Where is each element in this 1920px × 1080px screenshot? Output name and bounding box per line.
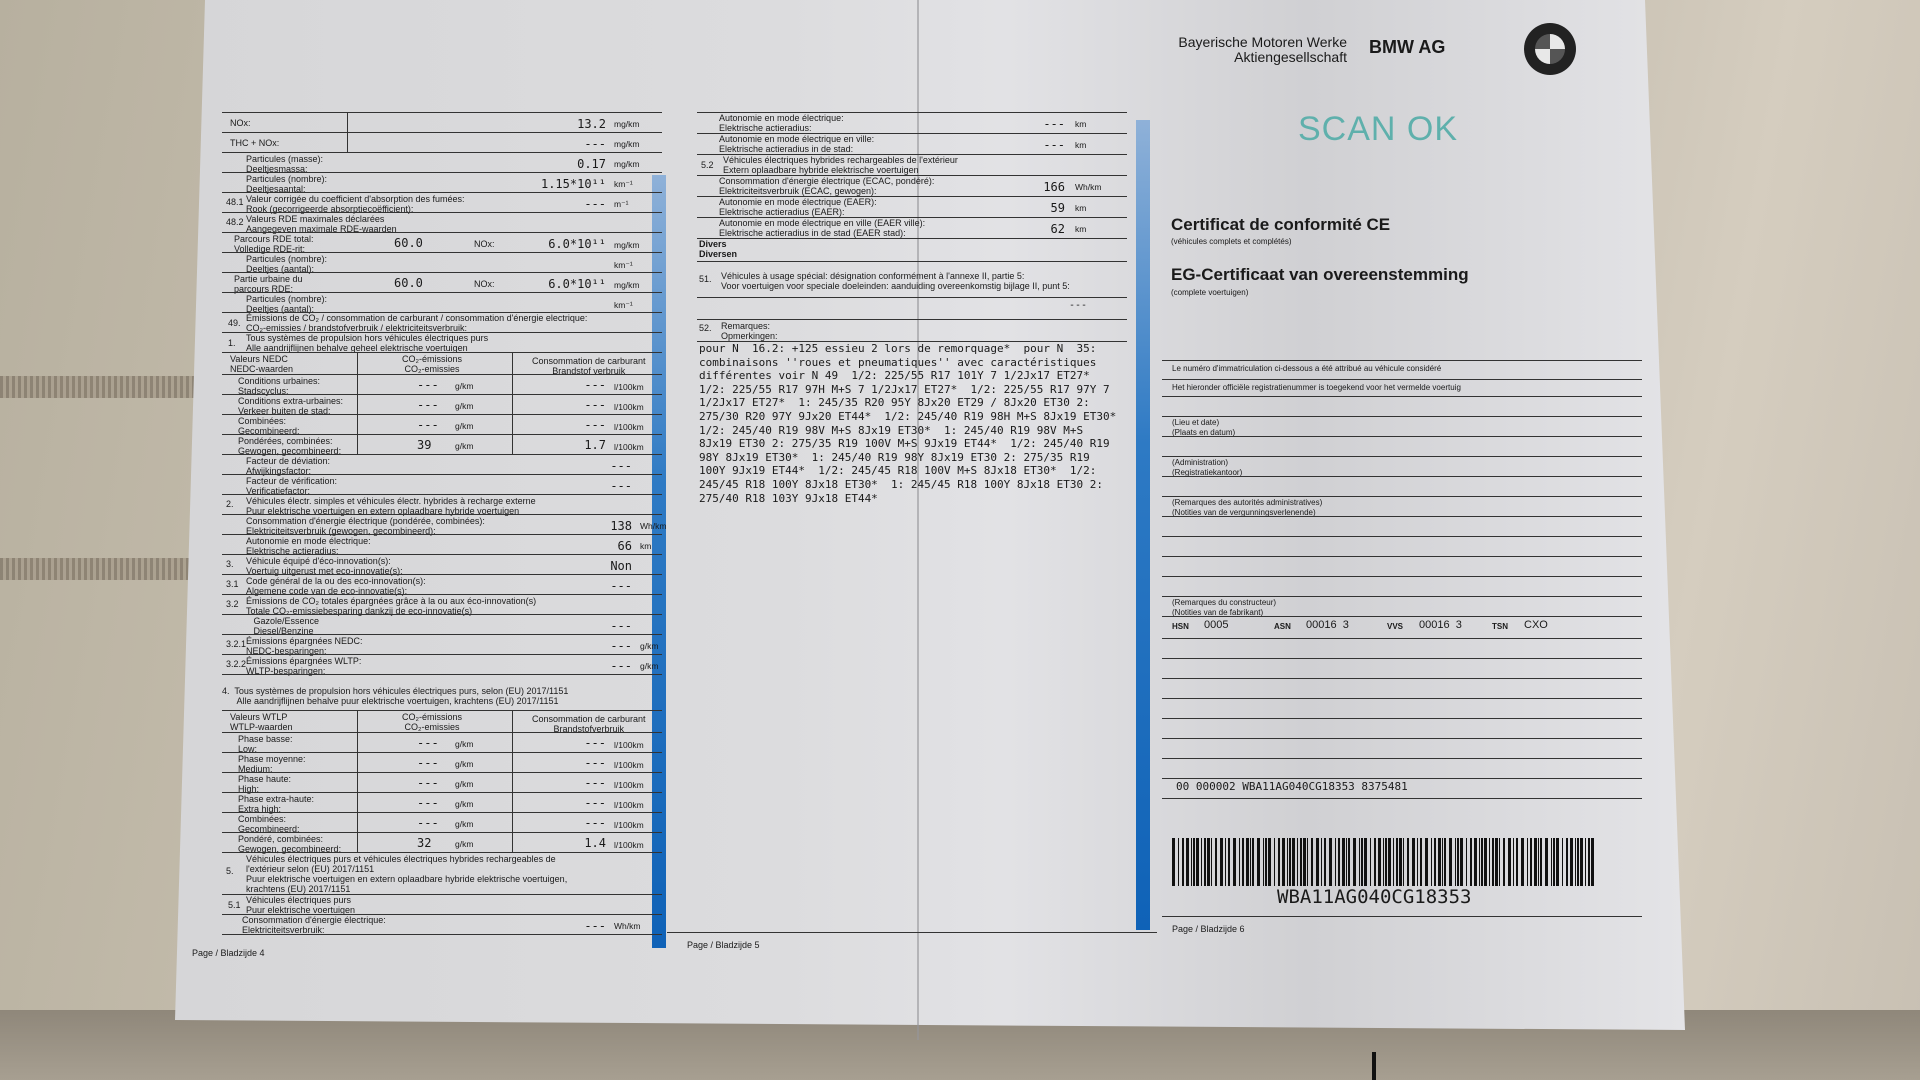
table-row-label: Combinées: Gecombineerd:	[238, 416, 300, 436]
field-label: Consommation d'énergie électrique: Elekt…	[242, 915, 386, 935]
field-label: Autonomie en mode électrique en ville (E…	[719, 218, 925, 238]
co2-value: ---	[417, 736, 439, 750]
field-value: ---	[610, 619, 632, 633]
rule-line	[1162, 758, 1642, 759]
field-label: THC + NOx:	[230, 138, 279, 148]
field-value: ---	[1069, 300, 1087, 311]
field-label: Code général de la ou des eco-innovation…	[246, 576, 426, 596]
scan-ok-stamp: SCAN OK	[1298, 110, 1458, 149]
table-row-label: Conditions urbaines: Stadscyclus:	[238, 376, 320, 396]
barcode-value: WBA11AG040CG18353	[1277, 886, 1471, 908]
field-unit: km	[1075, 224, 1086, 234]
rule-line	[222, 152, 662, 153]
rule-line	[222, 252, 662, 253]
fuel-value: ---	[584, 756, 606, 770]
form-field-label: (Administration) (Registratiekantoor)	[1172, 458, 1242, 478]
table-row-label: Pondéré, combinées: Gewogen, gecombineer…	[238, 834, 341, 854]
fuel-value: ---	[584, 398, 606, 412]
subtitle-fr: (véhicules complets et complétés)	[1171, 237, 1292, 246]
fuel-value: 1.7	[584, 438, 606, 452]
field-unit: km⁻¹	[614, 260, 633, 271]
code-label: TSN	[1492, 622, 1508, 632]
field-unit: Wh/km	[640, 521, 666, 531]
rule-line	[222, 292, 662, 293]
rule-line	[1162, 360, 1642, 361]
nox-label: NOx:	[474, 279, 495, 289]
rule-line	[222, 852, 662, 853]
field-value: ---	[610, 659, 632, 673]
table-row-label: Phase extra-haute: Extra high:	[238, 794, 314, 814]
field-label: Émissions de CO₂ totales épargnées grâce…	[246, 596, 536, 616]
field-label: Autonomie en mode électrique en ville: E…	[719, 134, 874, 154]
section-number: 48.1	[226, 197, 244, 207]
rule-line	[222, 752, 662, 753]
code-value: 00016 3	[1306, 620, 1349, 630]
rule-line	[222, 812, 662, 813]
field-label: Autonomie en mode électrique (EAER): Ele…	[719, 197, 877, 217]
field-label: Autonomie en mode électrique: Elektrisch…	[246, 536, 371, 556]
field-label: Particules (nombre): Deeltjes (aantal):	[246, 294, 327, 314]
page-footer: Page / Bladzijde 6	[1172, 924, 1245, 934]
section-label: 4. Tous systèmes de propulsion hors véhi…	[222, 686, 568, 706]
fuel-unit: l/100km	[614, 442, 644, 452]
remarks-text: pour N 16.2: +125 essieu 2 lors de remor…	[699, 342, 1119, 505]
co2-value: ---	[417, 756, 439, 770]
rule-line	[1162, 496, 1642, 497]
section-number: 5.2	[701, 160, 714, 170]
field-value: 166	[1043, 180, 1065, 194]
field-unit: Wh/km	[1075, 182, 1101, 192]
cable	[1372, 1052, 1376, 1080]
field-value: ---	[610, 479, 632, 493]
rule-line	[1162, 916, 1642, 917]
field-value: ---	[584, 197, 606, 211]
rule-line	[697, 297, 1127, 298]
section-number: 3.1	[226, 579, 239, 589]
column-divider	[347, 132, 348, 152]
code-value: 0005	[1204, 620, 1228, 630]
co2-unit: g/km	[455, 401, 473, 411]
rule-line	[222, 732, 662, 733]
rule-line	[1162, 456, 1642, 457]
rule-line	[1162, 416, 1642, 417]
rule-line	[1162, 476, 1642, 477]
field-value: ---	[610, 579, 632, 593]
fuel-unit: l/100km	[614, 800, 644, 810]
fuel-unit: l/100km	[614, 760, 644, 770]
section-number: 49.	[228, 318, 241, 328]
rule-line	[1162, 798, 1642, 799]
table-row-label: Phase moyenne: Medium:	[238, 754, 306, 774]
code-line: 00 000002 WBA11AG040CG18353 8375481	[1176, 782, 1408, 792]
co2-unit: g/km	[455, 819, 473, 829]
co2-unit: g/km	[455, 421, 473, 431]
rule-line	[1162, 596, 1642, 597]
rule-line	[222, 574, 662, 575]
field-label: Partie urbaine du parcours RDE:	[234, 274, 303, 294]
field-unit: mg/km	[614, 119, 640, 129]
column-divider	[512, 352, 513, 454]
section-number: 2.	[226, 499, 234, 509]
rule-line	[222, 132, 662, 133]
field-label: Véhicules électr. simples et véhicules é…	[246, 496, 536, 516]
field-value: 66	[618, 539, 632, 553]
rule-line	[697, 319, 1127, 320]
field-value: 13.2	[577, 117, 606, 131]
co2-unit: g/km	[455, 759, 473, 769]
column-divider	[357, 352, 358, 454]
subtitle-nl: (complete voertuigen)	[1171, 288, 1248, 297]
rule-line	[222, 594, 662, 595]
fuel-value: 1.4	[584, 836, 606, 850]
rule-line	[222, 634, 662, 635]
seat-stripe	[0, 376, 215, 398]
rule-line	[222, 534, 662, 535]
field-label: NOx:	[230, 118, 251, 128]
company-name: Bayerische Motoren Werke Aktiengesellsch…	[1162, 35, 1347, 65]
field-unit: km	[640, 541, 651, 551]
table-header: Valeurs NEDC NEDC-waarden	[230, 354, 293, 374]
title-nl: EG-Certificaat van overeenstemming	[1171, 265, 1469, 285]
table-row-label: Combinées: Gecombineerd:	[238, 814, 300, 834]
co2-value: 39	[417, 438, 431, 452]
field-value: 59	[1051, 201, 1065, 215]
rule-line	[222, 394, 662, 395]
co2-value: ---	[417, 418, 439, 432]
section-number: 3.2.2	[226, 659, 246, 669]
column-divider	[512, 710, 513, 852]
rule-line	[222, 272, 662, 273]
field-label: Véhicules électriques hybrides rechargea…	[723, 155, 958, 175]
table-header: CO₂-émissions CO₂-emissies	[402, 712, 462, 732]
field-value: 0.17	[577, 157, 606, 171]
fuel-unit: l/100km	[614, 780, 644, 790]
registration-note-nl: Het hieronder officiële registratienumme…	[1172, 383, 1461, 393]
fuel-value: ---	[584, 736, 606, 750]
rule-line	[1162, 738, 1642, 739]
field-unit: g/km	[640, 661, 658, 671]
rule-line	[697, 238, 1127, 239]
field-value: ---	[1043, 138, 1065, 152]
rule-line	[222, 172, 662, 173]
field-value: 62	[1051, 222, 1065, 236]
field-label: Facteur de vérification: Verificatiefact…	[246, 476, 337, 496]
rule-line	[222, 454, 662, 455]
code-label: ASN	[1274, 622, 1291, 632]
table-header: Valeurs WTLP WTLP-waarden	[230, 712, 293, 732]
rule-line	[697, 261, 1127, 262]
table-row-label: Phase haute: High:	[238, 774, 291, 794]
field-value: ---	[584, 137, 606, 151]
rule-line	[222, 414, 662, 415]
rule-line	[1162, 698, 1642, 699]
section-number: 3.2.1	[226, 639, 246, 649]
rule-line	[222, 474, 662, 475]
fuel-unit: l/100km	[614, 840, 644, 850]
field-label: Consommation d'énergie électrique (ECAC,…	[719, 176, 934, 196]
field-unit: km	[1075, 119, 1086, 129]
field-value: ---	[610, 459, 632, 473]
rule-line	[222, 212, 662, 213]
co2-value: ---	[417, 378, 439, 392]
field-label: Valeur corrigée du coefficient d'absorpt…	[246, 194, 465, 214]
rule-line	[1162, 718, 1642, 719]
co2-unit: g/km	[455, 739, 473, 749]
field-value: Non	[610, 559, 632, 573]
section-label: Véhicules à usage spécial: désignation c…	[721, 271, 1070, 291]
field-value: 6.0*10¹¹	[548, 237, 606, 251]
rule-line	[1162, 379, 1642, 380]
rule-line	[222, 832, 662, 833]
rule-line	[1162, 678, 1642, 679]
field-label: Gazole/Essence Diesel/Benzine	[246, 616, 319, 636]
section-number: 48.2	[226, 217, 244, 227]
field-unit: mg/km	[614, 139, 640, 149]
field-unit: mg/km	[614, 280, 640, 290]
table-row-label: Phase basse: Low:	[238, 734, 293, 754]
rule-line	[1162, 638, 1642, 639]
page-5: Autonomie en mode électrique: Elektrisch…	[697, 112, 1127, 942]
rule-line	[222, 772, 662, 773]
co2-value: ---	[417, 796, 439, 810]
rule-line	[1162, 616, 1642, 617]
rde-distance: 60.0	[394, 236, 423, 250]
blue-strip-page5	[1136, 120, 1150, 930]
rule-line	[222, 710, 662, 711]
column-divider	[357, 710, 358, 852]
fuel-value: ---	[584, 418, 606, 432]
field-unit: m⁻¹	[614, 199, 628, 210]
page-4: NOx:13.2mg/kmTHC + NOx:---mg/kmParticule…	[222, 112, 662, 942]
section-number: 51.	[699, 274, 712, 284]
co2-unit: g/km	[455, 381, 473, 391]
table-header: CO₂-émissions CO₂-emissies	[402, 354, 462, 374]
divers-label: Divers Diversen	[699, 239, 737, 259]
field-label: Émissions épargnées NEDC: NEDC-besparing…	[246, 636, 363, 656]
field-value: 1.15*10¹¹	[541, 177, 606, 191]
code-label: HSN	[1172, 622, 1189, 632]
field-label: Particules (nombre): Deeltjesaantal:	[246, 174, 327, 194]
rule-line	[222, 654, 662, 655]
fuel-unit: l/100km	[614, 402, 644, 412]
form-field-label: (Remarques des autorités administratives…	[1172, 498, 1322, 518]
nox-label: NOx:	[474, 239, 495, 249]
page-6: Bayerische Motoren Werke Aktiengesellsch…	[1162, 20, 1642, 960]
rule-line	[1162, 778, 1642, 779]
field-label: Parcours RDE total: Volledige RDE-rit:	[234, 234, 314, 254]
fuel-value: ---	[584, 816, 606, 830]
fuel-unit: l/100km	[614, 740, 644, 750]
rule-line	[222, 352, 662, 353]
co2-unit: g/km	[455, 779, 473, 789]
field-label: Valeurs RDE maximales déclarées Aangegev…	[246, 214, 397, 234]
section-label: Véhicules électriques purs Puur elektris…	[246, 895, 355, 915]
field-label: Véhicule équipé d'éco-innovation(s): Voe…	[246, 556, 403, 576]
rule-line	[222, 112, 662, 113]
field-unit: km⁻¹	[614, 179, 633, 190]
section-label: Tous systèmes de propulsion hors véhicul…	[246, 333, 488, 353]
page-footer: Page / Bladzijde 5	[687, 940, 760, 950]
rule-line	[222, 614, 662, 615]
form-field-label: (Lieu et date) (Plaats en datum)	[1172, 418, 1235, 438]
rde-distance: 60.0	[394, 276, 423, 290]
rule-line	[1162, 436, 1642, 437]
co2-value: ---	[417, 776, 439, 790]
field-value: ---	[584, 919, 606, 933]
fuel-unit: l/100km	[614, 820, 644, 830]
rule-line	[222, 554, 662, 555]
co2-unit: g/km	[455, 441, 473, 451]
field-unit: g/km	[640, 641, 658, 651]
fuel-value: ---	[584, 378, 606, 392]
field-label: Consommation d'énergie électrique (pondé…	[246, 516, 485, 536]
fuel-value: ---	[584, 796, 606, 810]
barcode	[1172, 838, 1592, 886]
field-label: Émissions épargnées WLTP: WLTP-besparing…	[246, 656, 361, 676]
co2-value: ---	[417, 816, 439, 830]
page-footer: Page / Bladzijde 4	[192, 948, 265, 958]
co2-unit: g/km	[455, 839, 473, 849]
section-number: 1.	[228, 338, 236, 348]
field-value: 6.0*10¹¹	[548, 277, 606, 291]
rule-line	[1162, 576, 1642, 577]
rule-line	[222, 192, 662, 193]
rule-line	[1162, 556, 1642, 557]
field-unit: km	[1075, 203, 1086, 213]
field-unit: mg/km	[614, 159, 640, 169]
field-value: 138	[610, 519, 632, 533]
section-label: Émissions de CO₂ / consommation de carbu…	[246, 313, 587, 333]
form-field-label: (Remarques du constructeur) (Notities va…	[1172, 598, 1276, 618]
section-number: 3.2	[226, 599, 239, 609]
section-label: Remarques: Opmerkingen:	[721, 321, 778, 341]
title-fr: Certificat de conformité CE	[1171, 215, 1390, 235]
section-label: Véhicules électriques purs et véhicules …	[246, 854, 567, 894]
rule-line	[222, 434, 662, 435]
section-number: 3.	[226, 559, 234, 569]
code-label: VVS	[1387, 622, 1403, 632]
registration-note-fr: Le numéro d'immatriculation ci-dessous a…	[1172, 364, 1441, 374]
table-header: Consommation de carburant Brandstof verb…	[532, 356, 646, 376]
section-number: 5.1	[228, 900, 241, 910]
table-row-label: Conditions extra-urbaines: Verkeer buite…	[238, 396, 343, 416]
rule-line	[222, 674, 662, 675]
table-header: Consommation de carburant Brandstofverbr…	[532, 714, 646, 734]
section-number: 52.	[699, 323, 712, 333]
field-label: Particules (nombre): Deeltjes (aantal):	[246, 254, 327, 274]
rule-line	[667, 932, 1157, 933]
field-label: Particules (masse): Deeltjesmassa:	[246, 154, 323, 174]
co2-value: 32	[417, 836, 431, 850]
field-unit: mg/km	[614, 240, 640, 250]
brand-name: BMW AG	[1369, 37, 1445, 58]
rule-line	[222, 514, 662, 515]
rule-line	[222, 494, 662, 495]
rule-line	[1162, 396, 1642, 397]
field-unit: km	[1075, 140, 1086, 150]
fuel-value: ---	[584, 776, 606, 790]
seat-stripe	[0, 558, 215, 580]
co2-value: ---	[417, 398, 439, 412]
rule-line	[1162, 536, 1642, 537]
field-unit: km⁻¹	[614, 300, 633, 311]
bmw-roundel-icon	[1524, 23, 1576, 75]
field-unit: Wh/km	[614, 921, 640, 931]
fuel-unit: l/100km	[614, 422, 644, 432]
rule-line	[222, 232, 662, 233]
co2-unit: g/km	[455, 799, 473, 809]
table-row-label: Pondérées, combinées: Gewogen, gecombine…	[238, 436, 341, 456]
rule-line	[1162, 516, 1642, 517]
field-label: Autonomie en mode électrique: Elektrisch…	[719, 113, 844, 133]
code-value: 00016 3	[1419, 620, 1462, 630]
field-value: ---	[610, 639, 632, 653]
rule-line	[222, 792, 662, 793]
field-label: Facteur de déviation: Afwijkingsfactor:	[246, 456, 330, 476]
rule-line	[1162, 658, 1642, 659]
fuel-unit: l/100km	[614, 382, 644, 392]
rule-line	[222, 374, 662, 375]
section-number: 5.	[226, 866, 234, 876]
rule-line	[222, 934, 662, 935]
field-value: ---	[1043, 117, 1065, 131]
column-divider	[347, 112, 348, 132]
code-value: CXO	[1524, 620, 1548, 630]
